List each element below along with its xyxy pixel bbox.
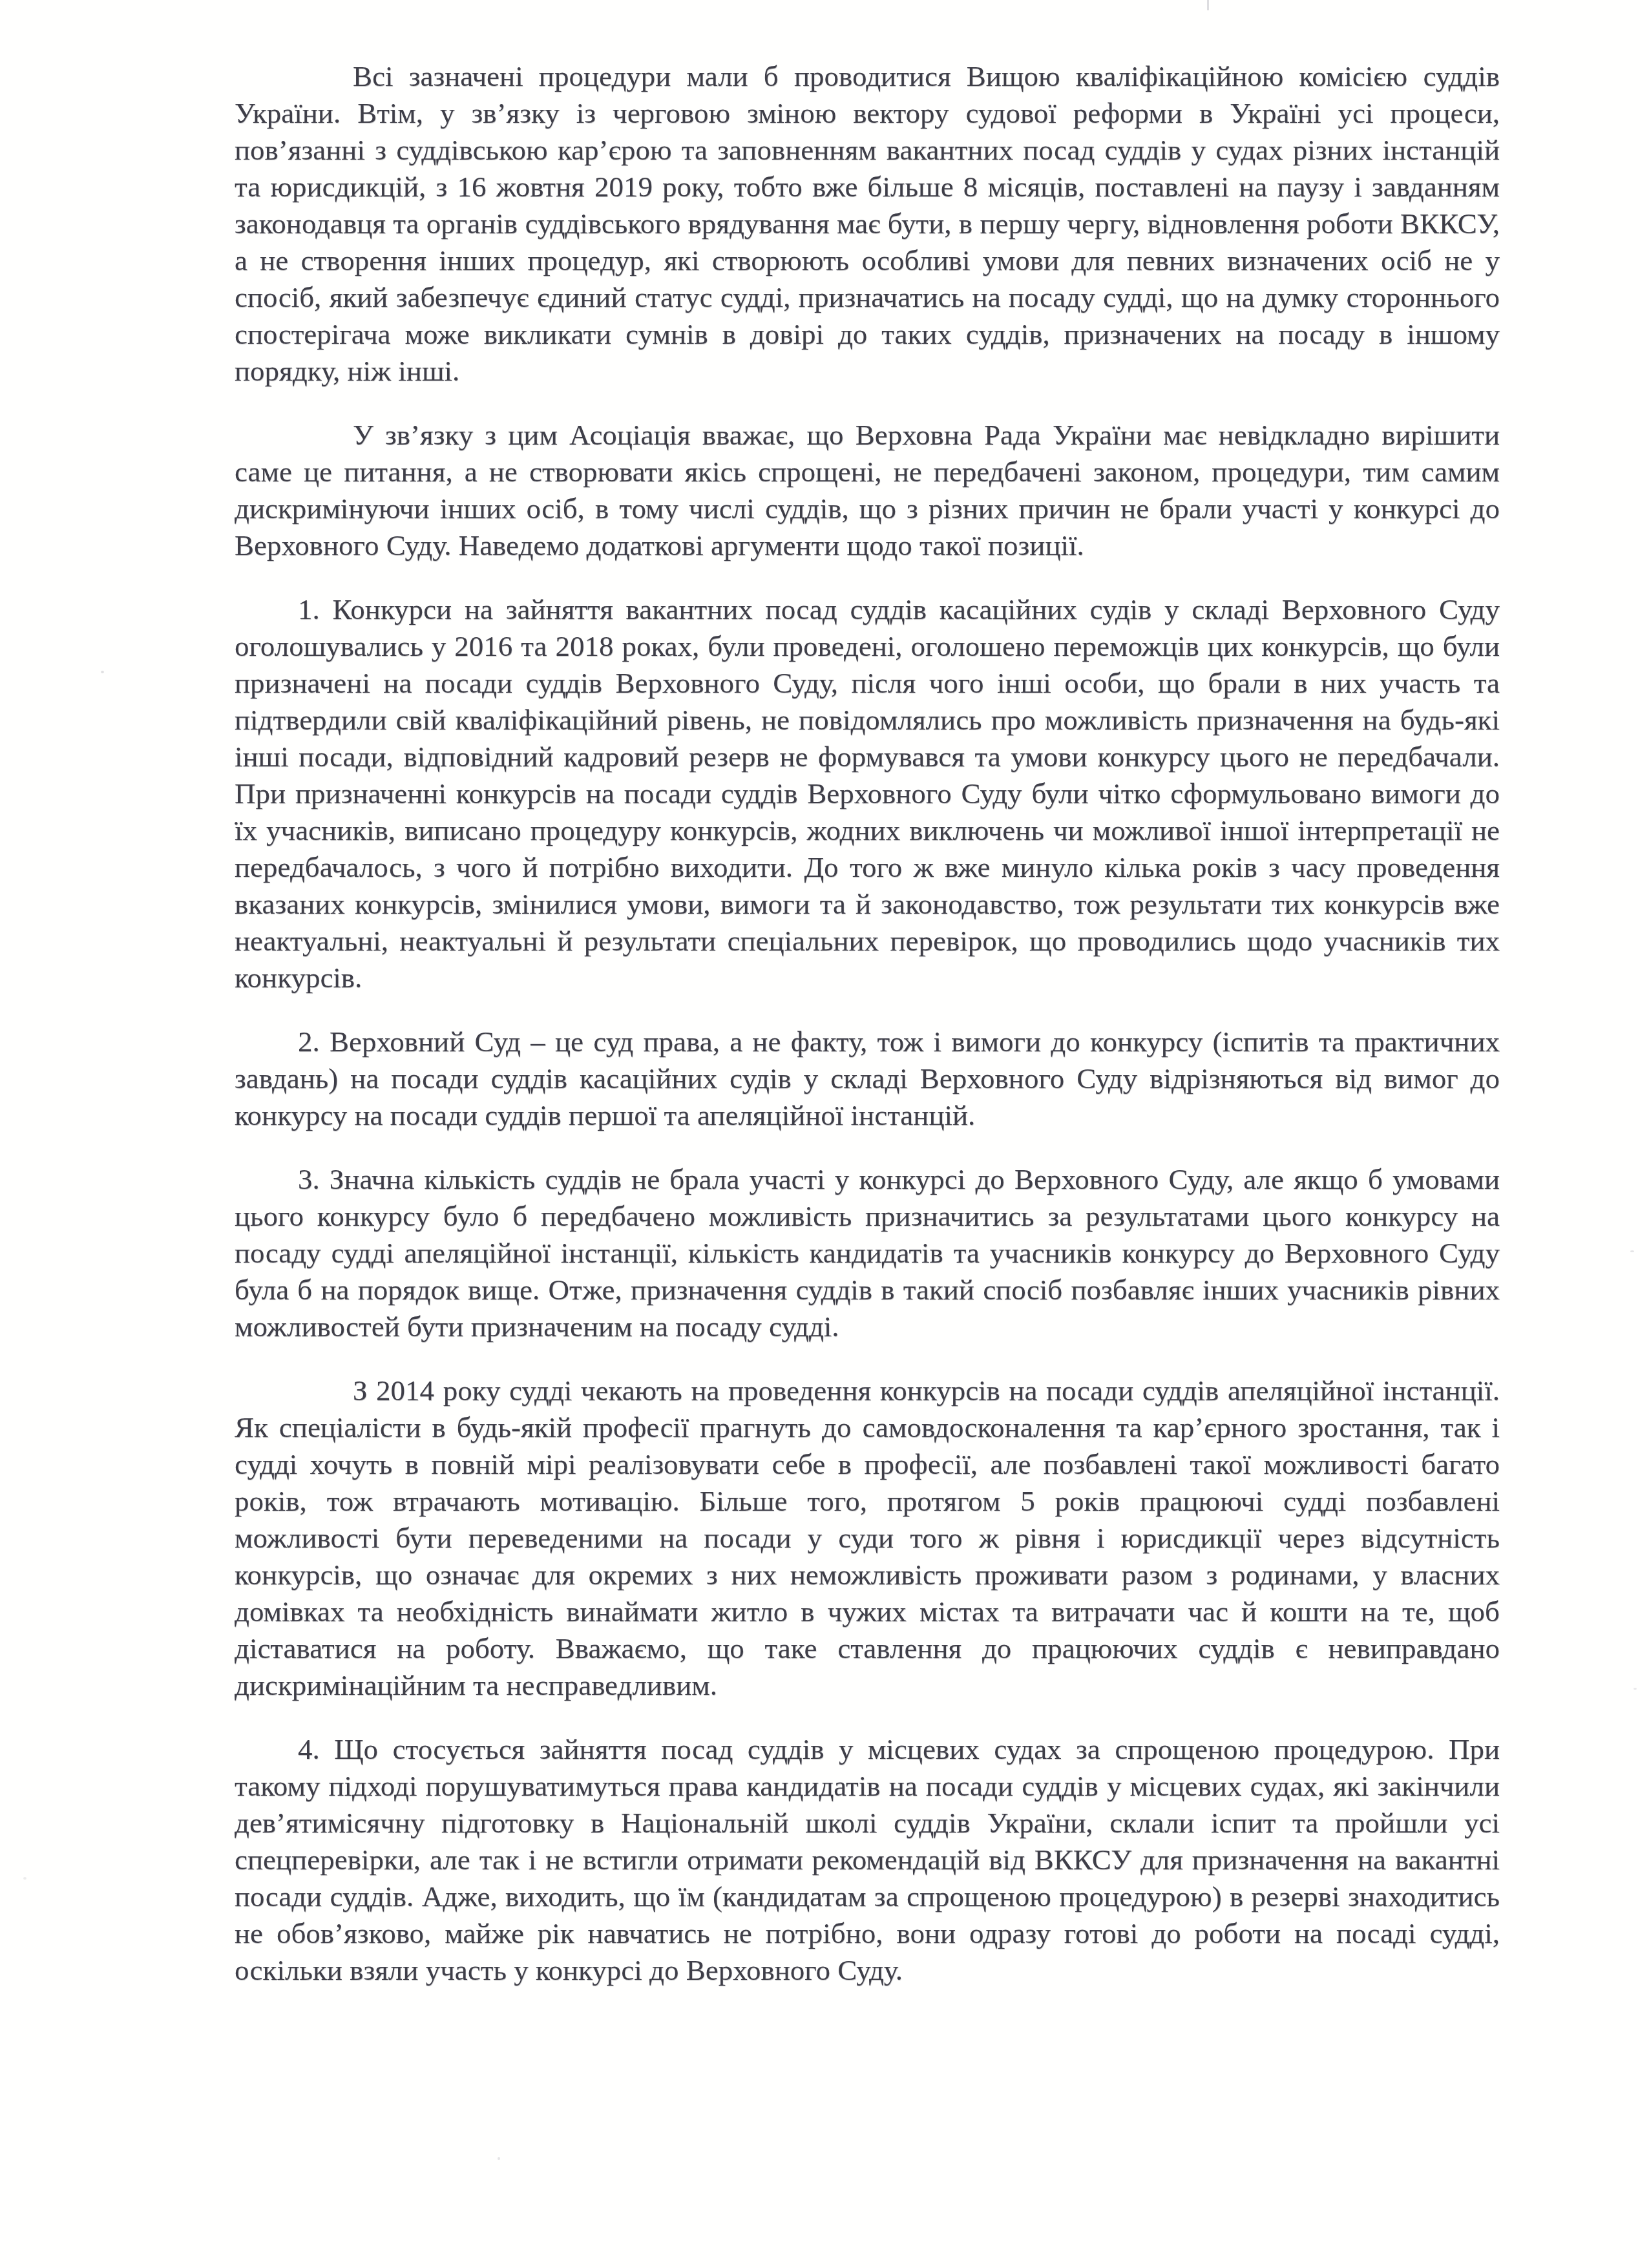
- paragraph-item-1: 1. Конкурси на зайняття вакантних посад …: [235, 591, 1500, 996]
- scan-artifact: [1633, 1688, 1637, 1690]
- scan-artifact: [1630, 1250, 1634, 1252]
- scan-artifact: [498, 2157, 500, 2160]
- scan-artifact: [23, 1877, 26, 1880]
- scanned-document-page: Всі зазначені процедури мали б проводити…: [0, 0, 1649, 2268]
- paragraph-association-position: У зв’язку з цим Асоціація вважає, що Вер…: [235, 417, 1500, 564]
- paragraph-item-4: 4. Що стосується зайняття посад суддів у…: [235, 1731, 1500, 1989]
- paragraph-item-2: 2. Верховний Суд – це суд права, а не фа…: [235, 1024, 1500, 1134]
- scan-artifact: [101, 671, 104, 673]
- scan-artifact: [1207, 0, 1209, 10]
- paragraph-item-3: 3. Значна кількість суддів не брала учас…: [235, 1161, 1500, 1345]
- paragraph-judges-since-2014: З 2014 року судді чекають на проведення …: [235, 1372, 1500, 1704]
- paragraph-intro-procedures: Всі зазначені процедури мали б проводити…: [235, 58, 1500, 390]
- document-text-block: Всі зазначені процедури мали б проводити…: [235, 58, 1500, 1989]
